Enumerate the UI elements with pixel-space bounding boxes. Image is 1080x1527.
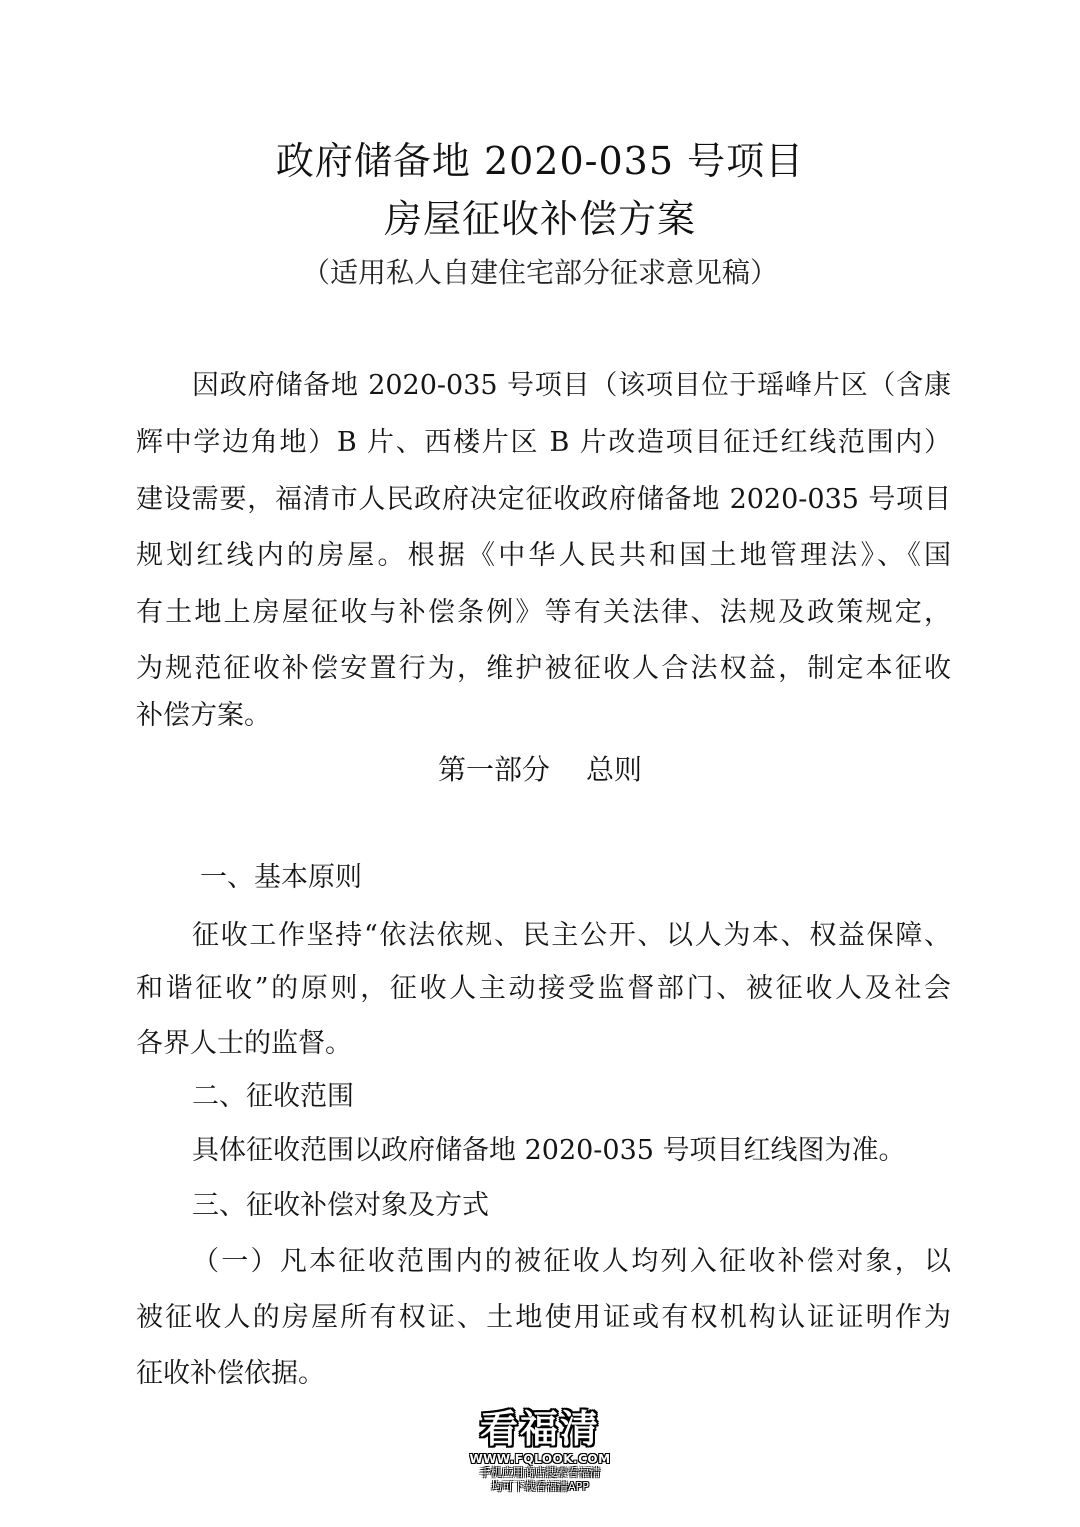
document-title-line-2: 房屋征收补偿方案 [0,200,1080,238]
part-heading: 第一部分总则 [0,756,1080,784]
document-title-line-1: 政府储备地 2020-035 号项目 [0,142,1080,180]
intro-paragraph-line: 规划红线内的房屋。根据《中华人民共和国土地管理法》、《国 [136,542,951,569]
intro-paragraph-line: 辉中学边角地）B 片、西楼片区 B 片改造项目征迁红线范围内） [136,429,951,456]
intro-paragraph-line: 有土地上房屋征收与补偿条例》等有关法律、法规及政策规定， [136,599,951,626]
intro-paragraph-line: 建设需要，福清市人民政府决定征收政府储备地 2020-035 号项目 [136,486,951,513]
section-heading-basic-principles: 一、基本原则 [200,864,951,891]
section-heading-scope: 二、征收范围 [192,1083,951,1110]
section-body-line: （一）凡本征收范围内的被征收人均列入征收补偿对象，以 [192,1248,951,1275]
watermark-logo: 看福清 [440,1410,640,1448]
watermark-url: WWW.FQLOOK.COM [440,1452,640,1466]
section-body-line: 征收补偿依据。 [136,1360,951,1387]
section-body-line: 具体征收范围以政府储备地 2020-035 号项目红线图为准。 [192,1137,951,1164]
section-heading-objects-and-methods: 三、征收补偿对象及方式 [192,1192,951,1219]
intro-paragraph-line: 因政府储备地 2020-035 号项目（该项目位于瑶峰片区（含康 [192,372,951,399]
document-subtitle: （适用私人自建住宅部分征求意见稿） [0,259,1080,287]
section-body-line: 各界人士的监督。 [136,1030,951,1057]
watermark: 看福清 WWW.FQLOOK.COM 手机应用商店搜索看福清 均可下载看福清AP… [440,1410,640,1494]
watermark-note-line-2: 均可下载看福清APP [440,1480,640,1494]
section-body-line: 和谐征收”的原则，征收人主动接受监督部门、被征收人及社会 [136,975,951,1002]
intro-paragraph-line: 补偿方案。 [136,702,951,729]
watermark-note-line-1: 手机应用商店搜索看福清 [440,1466,640,1480]
document-page: 政府储备地 2020-035 号项目 房屋征收补偿方案 （适用私人自建住宅部分征… [0,0,1080,1527]
part-number: 第一部分 [438,753,550,786]
section-body-line: 被征收人的房屋所有权证、土地使用证或有权机构认证证明作为 [136,1304,951,1331]
section-body-line: 征收工作坚持“依法依规、民主公开、以人为本、权益保障、 [192,922,951,949]
intro-paragraph-line: 为规范征收补偿安置行为，维护被征收人合法权益，制定本征收 [136,655,951,682]
part-name: 总则 [586,753,642,786]
